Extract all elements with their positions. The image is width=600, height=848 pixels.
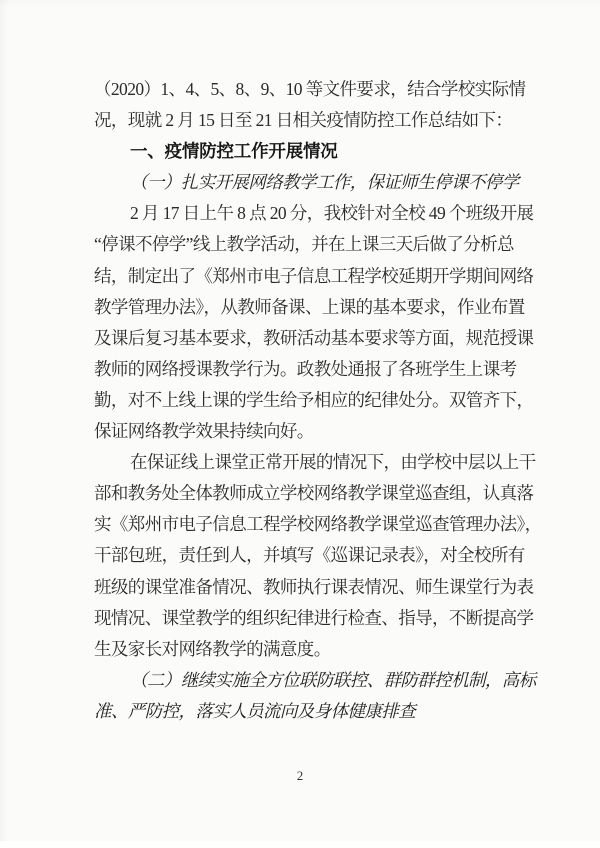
text-line: 保证网络教学效果持续向好。 (94, 416, 534, 447)
section-heading: 一、疫情防控工作开展情况 (94, 136, 534, 167)
subsection-heading: （二）继续实施全方位联防联控、群防群控机制，高标 (94, 665, 534, 696)
text-line: 部和教务处全体教师成立学校网络教学课堂巡查组，认真落 (94, 478, 534, 509)
text-line: 2 月 17 日上午 8 点 20 分，我校针对全校 49 个班级开展 (94, 198, 534, 229)
text-line: 教师的网络授课教学行为。政教处通报了各班学生上课考 (94, 354, 534, 385)
subsection-heading: （一）扎实开展网络教学工作，保证师生停课不停学 (94, 167, 534, 198)
text-line: 生及家长对网络教学的满意度。 (94, 634, 534, 665)
text-line: 勤，对不上线上课的学生给予相应的纪律处分。双管齐下， (94, 385, 534, 416)
text-line: 教学管理办法》，从教师备课、上课的基本要求，作业布置 (94, 292, 534, 323)
text-block: （2020）1、4、5、8、9、10 等文件要求，结合学校实际情 况，现就 2 … (94, 74, 534, 727)
text-line: 现情况、课堂教学的组织纪律进行检查、指导，不断提高学 (94, 603, 534, 634)
text-line: 结，制定出了《郑州市电子信息工程学校延期开学期间网络 (94, 261, 534, 292)
text-line: 干部包班，责任到人，并填写《巡课记录表》，对全校所有 (94, 540, 534, 571)
text-line: 及课后复习基本要求，教研活动基本要求等方面，规范授课 (94, 323, 534, 354)
text-line: “停课不停学”线上教学活动，并在上课三天后做了分析总 (94, 229, 534, 260)
text-line: 实《郑州市电子信息工程学校网络教学课堂巡查管理办法》， (94, 509, 534, 540)
text-line: 在保证线上课堂正常开展的情况下，由学校中层以上干 (94, 447, 534, 478)
scanned-document-page: （2020）1、4、5、8、9、10 等文件要求，结合学校实际情 况，现就 2 … (0, 0, 600, 848)
text-line: 班级的课堂准备情况、教师执行课表情况、师生课堂行为表 (94, 572, 534, 603)
page-number: 2 (0, 764, 600, 788)
subsection-heading-continuation: 准、严防控，落实人员流向及身体健康排查 (94, 696, 534, 727)
text-line: （2020）1、4、5、8、9、10 等文件要求，结合学校实际情 (94, 74, 534, 105)
text-line: 况，现就 2 月 15 日至 21 日相关疫情防控工作总结如下： (94, 105, 534, 136)
